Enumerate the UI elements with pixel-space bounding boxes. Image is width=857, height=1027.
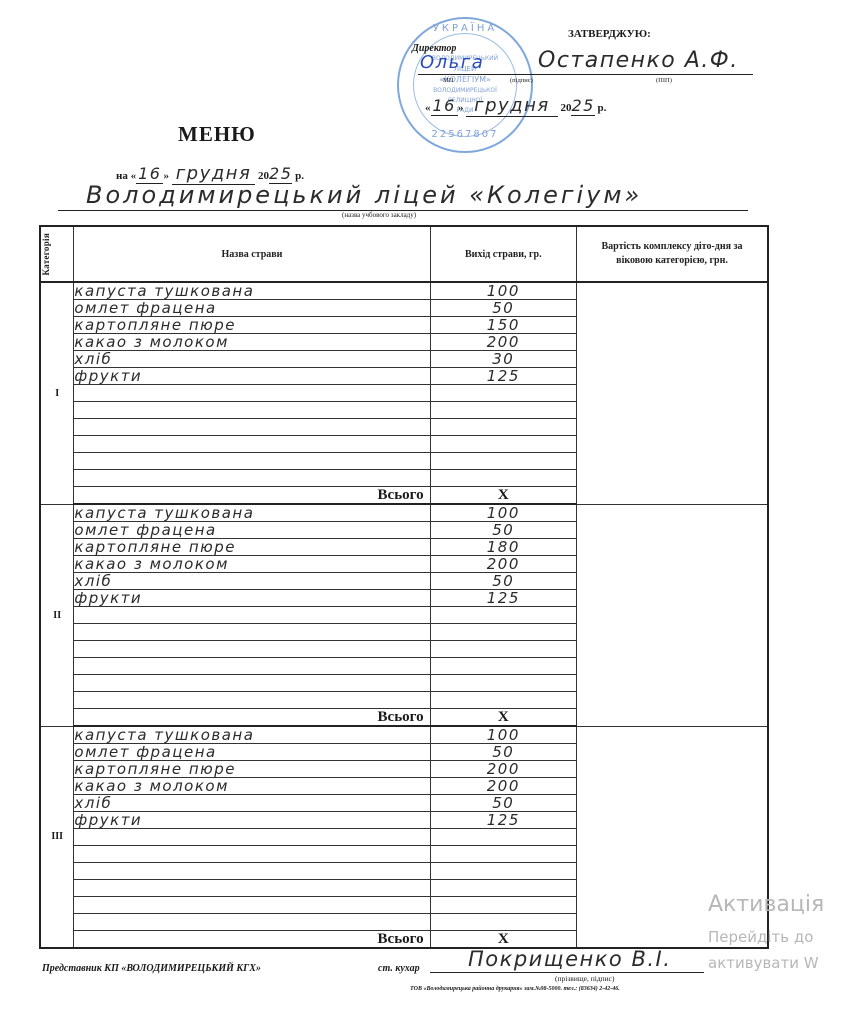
approval-signature-line: Ольга Остапенко А.Ф. bbox=[418, 52, 753, 75]
approval-month: грудня bbox=[466, 95, 558, 117]
dish-name-cell: хліб bbox=[74, 573, 430, 590]
dish-name-cell: фрукти bbox=[74, 812, 430, 829]
dish-output-cell bbox=[430, 675, 576, 692]
dish-output-cell bbox=[430, 829, 576, 846]
dish-name-cell: картопляне пюре bbox=[74, 761, 430, 778]
approval-year-prefix: 20 bbox=[560, 102, 571, 114]
dish-name-cell: хліб bbox=[74, 351, 430, 368]
dish-name-cell bbox=[74, 607, 430, 624]
official-stamp: УКРАЇНА ВОЛОДИМИРЕЦЬКИЙ ЛІЦЕЙ «КОЛЕГІУМ»… bbox=[397, 17, 533, 153]
dish-output-cell bbox=[430, 692, 576, 709]
name-caption: (ПІП) bbox=[656, 77, 672, 84]
dish-output-cell: 200 bbox=[430, 334, 576, 351]
dish-output-cell bbox=[430, 470, 576, 487]
dish-name-cell bbox=[74, 470, 430, 487]
activation-watermark-title: Активація bbox=[708, 892, 824, 917]
dish-name-cell: омлет фрацена bbox=[74, 522, 430, 539]
institution-line: Володимирецький ліцей «Колегіум» bbox=[58, 185, 748, 211]
category-cell: I bbox=[40, 282, 74, 504]
menu-table-body: Iкапуста тушкована100омлет фрацена50карт… bbox=[40, 282, 768, 948]
dish-output-cell bbox=[430, 453, 576, 470]
dish-name-cell bbox=[74, 829, 430, 846]
dish-output-cell bbox=[430, 607, 576, 624]
institution-name: Володимирецький ліцей «Колегіум» bbox=[86, 181, 642, 209]
dish-name-cell: какао з молоком bbox=[74, 556, 430, 573]
printer-info: ТОВ «Володимирецька районна друкарня» за… bbox=[410, 986, 620, 992]
dish-output-cell: 125 bbox=[430, 590, 576, 607]
director-signature: Ольга bbox=[420, 52, 484, 73]
menu-table: Категорія Назва страви Вихід страви, гр.… bbox=[39, 225, 769, 949]
cook-name: Покрищенко В.І. bbox=[468, 947, 671, 971]
dish-output-cell bbox=[430, 846, 576, 863]
column-header-category: Категорія bbox=[40, 226, 74, 282]
dish-output-cell: 200 bbox=[430, 556, 576, 573]
table-row: IIIкапуста тушкована100 bbox=[40, 726, 768, 744]
category-cell: II bbox=[40, 504, 74, 726]
dish-name-cell bbox=[74, 385, 430, 402]
approval-day: 16 bbox=[431, 96, 458, 116]
stamp-top-text: УКРАЇНА bbox=[399, 23, 531, 34]
dish-output-cell bbox=[430, 385, 576, 402]
dish-output-cell: 50 bbox=[430, 795, 576, 812]
dish-output-cell: 180 bbox=[430, 539, 576, 556]
column-header-cost: Вартість комплексу діто-дня за віковою к… bbox=[577, 226, 768, 282]
dish-name-cell bbox=[74, 641, 430, 658]
dish-name-cell bbox=[74, 897, 430, 914]
dish-output-cell: 50 bbox=[430, 522, 576, 539]
institution-caption: (назва учбового закладу) bbox=[342, 211, 416, 219]
dish-name-cell: картопляне пюре bbox=[74, 539, 430, 556]
total-value: X bbox=[430, 709, 576, 727]
category-cell: III bbox=[40, 726, 74, 948]
table-row: Iкапуста тушкована100 bbox=[40, 282, 768, 300]
activation-watermark-line: активувати W bbox=[708, 954, 819, 972]
dish-output-cell bbox=[430, 641, 576, 658]
cook-label: ст. кухар bbox=[378, 963, 420, 974]
dish-output-cell: 30 bbox=[430, 351, 576, 368]
dish-output-cell: 125 bbox=[430, 812, 576, 829]
dish-output-cell: 150 bbox=[430, 317, 576, 334]
approval-year: 25 bbox=[571, 96, 594, 116]
column-header-output: Вихід страви, гр. bbox=[430, 226, 576, 282]
dish-output-cell bbox=[430, 880, 576, 897]
signature-caption: (підпис) bbox=[510, 77, 533, 84]
approval-title: ЗАТВЕРДЖУЮ: bbox=[568, 28, 651, 40]
stamp-code: 22567807 bbox=[399, 129, 531, 140]
cook-caption: (прізвище, підпис) bbox=[555, 974, 614, 983]
category-header-text: Категорія bbox=[41, 233, 51, 276]
dish-name-cell bbox=[74, 880, 430, 897]
total-label: Всього bbox=[74, 931, 430, 949]
dish-name-cell: капуста тушкована bbox=[74, 726, 430, 744]
total-value: X bbox=[430, 487, 576, 505]
total-value: X bbox=[430, 931, 576, 949]
dish-output-cell bbox=[430, 419, 576, 436]
dish-name-cell bbox=[74, 658, 430, 675]
dish-name-cell bbox=[74, 846, 430, 863]
dish-name-cell: омлет фрацена bbox=[74, 300, 430, 317]
dish-name-cell: капуста тушкована bbox=[74, 504, 430, 522]
cost-cell bbox=[577, 504, 768, 726]
cook-signature-line: Покрищенко В.І. bbox=[430, 950, 704, 973]
dish-output-cell: 200 bbox=[430, 761, 576, 778]
dish-name-cell: картопляне пюре bbox=[74, 317, 430, 334]
dish-name-cell: какао з молоком bbox=[74, 334, 430, 351]
dish-output-cell: 50 bbox=[430, 744, 576, 761]
activation-watermark-line: Перейдіть до bbox=[708, 928, 813, 946]
dish-name-cell bbox=[74, 863, 430, 880]
dish-output-cell bbox=[430, 402, 576, 419]
dish-output-cell: 100 bbox=[430, 726, 576, 744]
dish-name-cell bbox=[74, 402, 430, 419]
dish-name-cell: хліб bbox=[74, 795, 430, 812]
dish-name-cell: какао з молоком bbox=[74, 778, 430, 795]
dish-output-cell: 200 bbox=[430, 778, 576, 795]
dish-name-cell bbox=[74, 692, 430, 709]
dish-name-cell: капуста тушкована bbox=[74, 282, 430, 300]
mp-label: МП bbox=[443, 77, 453, 84]
dish-output-cell bbox=[430, 624, 576, 641]
dish-output-cell bbox=[430, 897, 576, 914]
total-label: Всього bbox=[74, 487, 430, 505]
stamp-line: ВОЛОДИМИРЕЦЬКОЇ bbox=[399, 87, 531, 94]
dish-output-cell: 100 bbox=[430, 504, 576, 522]
approval-date-suffix: р. bbox=[598, 102, 607, 114]
dish-name-cell bbox=[74, 453, 430, 470]
dish-name-cell bbox=[74, 675, 430, 692]
total-label: Всього bbox=[74, 709, 430, 727]
dish-name-cell: фрукти bbox=[74, 590, 430, 607]
dish-output-cell: 50 bbox=[430, 300, 576, 317]
dish-name-cell bbox=[74, 436, 430, 453]
table-row: IIкапуста тушкована100 bbox=[40, 504, 768, 522]
dish-name-cell: фрукти bbox=[74, 368, 430, 385]
dish-output-cell: 125 bbox=[430, 368, 576, 385]
representative-label: Представник КП «ВОЛОДИМИРЕЦЬКИЙ КГХ» bbox=[42, 963, 261, 974]
column-header-dish: Назва страви bbox=[74, 226, 430, 282]
dish-name-cell: омлет фрацена bbox=[74, 744, 430, 761]
approval-date: «16» грудня 2025 р. bbox=[425, 95, 606, 116]
director-name: Остапенко А.Ф. bbox=[538, 48, 739, 73]
dish-output-cell bbox=[430, 914, 576, 931]
dish-name-cell bbox=[74, 624, 430, 641]
dish-name-cell bbox=[74, 419, 430, 436]
dish-output-cell bbox=[430, 863, 576, 880]
dish-name-cell bbox=[74, 914, 430, 931]
dish-output-cell: 50 bbox=[430, 573, 576, 590]
page-title: МЕНЮ bbox=[178, 122, 256, 147]
dish-output-cell bbox=[430, 436, 576, 453]
dish-output-cell bbox=[430, 658, 576, 675]
cost-cell bbox=[577, 282, 768, 504]
dish-output-cell: 100 bbox=[430, 282, 576, 300]
